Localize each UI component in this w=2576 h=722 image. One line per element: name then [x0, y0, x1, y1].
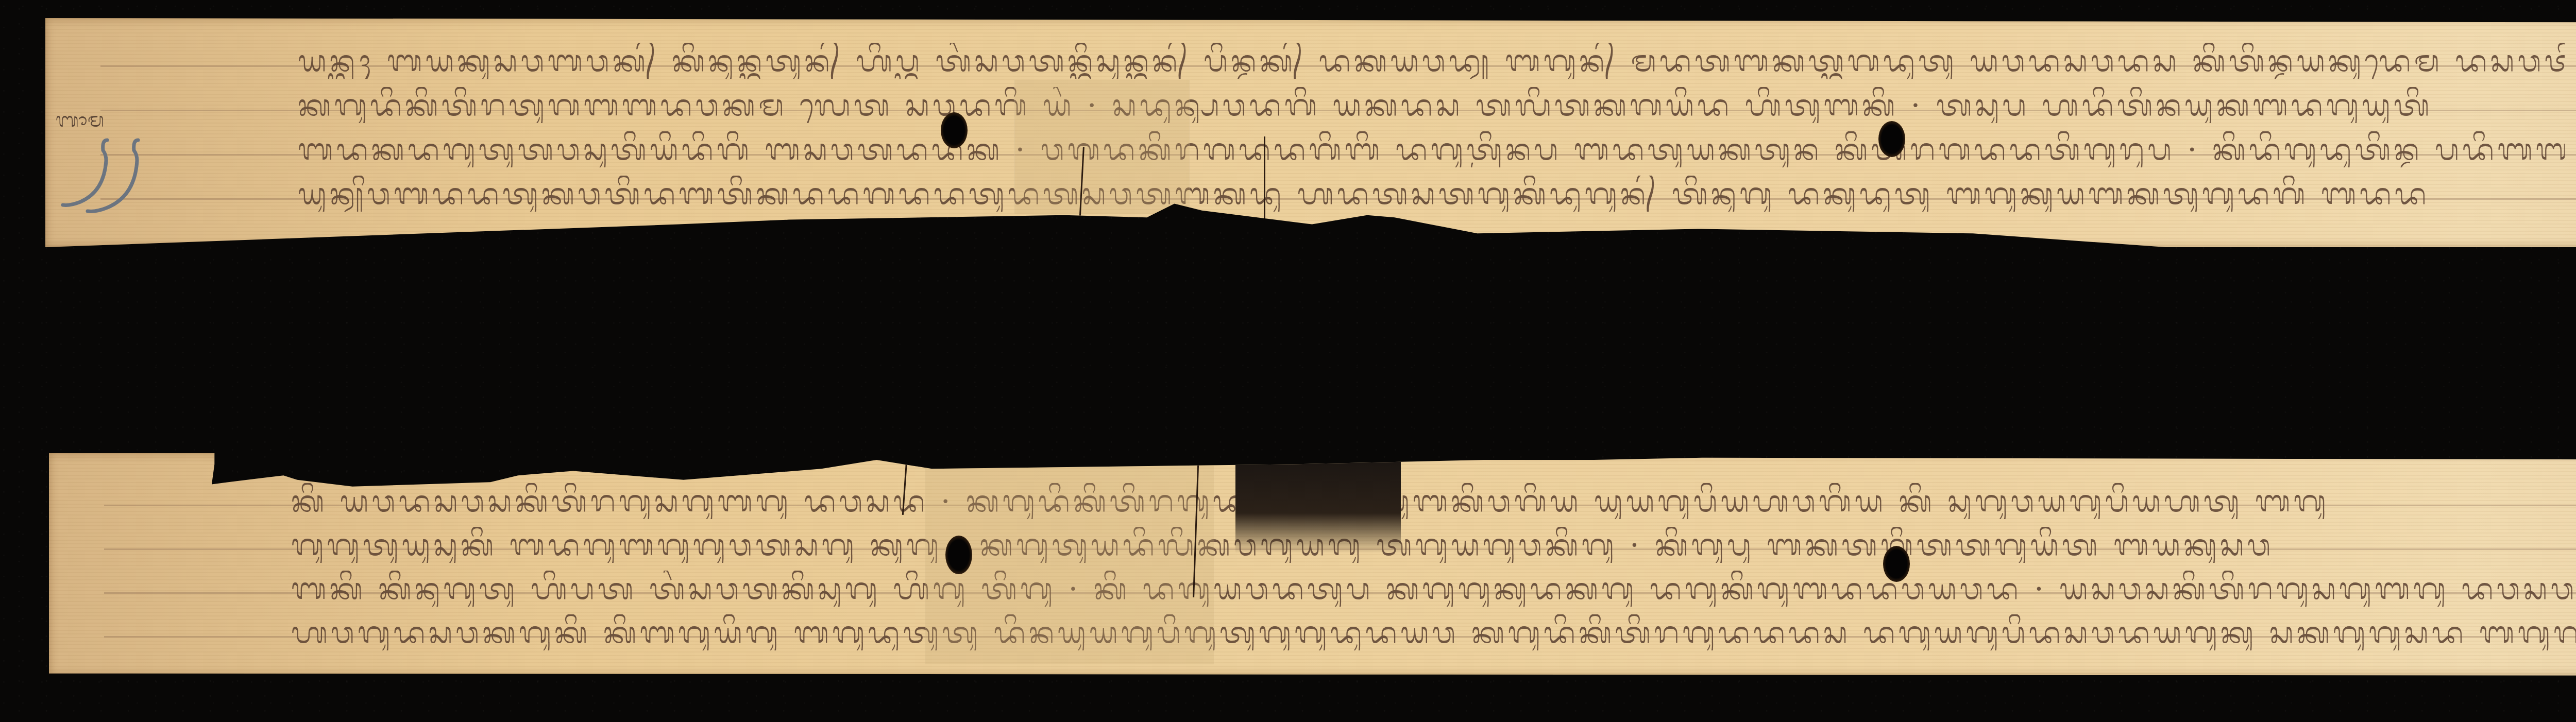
script-line-4: ᬳᬯᬕᬸᬤᬲᬯᬓᬕᬸᬓᬶ ᬓᬶᬩᬕᬸᬬᬶᬕᬸ ᬩᬕᬸᬤᬸᬢᬸᬢᬸ ᬤᬶᬦᬬᬸᬬᬕ…	[291, 614, 2576, 650]
script-line-4: ᬬᬸᬦ᭄ᬬᬶᬯᬩᬤᬤᬢᬸᬓᬯᬢᬶᬤᬩᬢᬶᬓᬤᬤᬕᬤᬤᬢᬸᬤᬢᬲᬯᬢᬩᬓᬤᬸ ᬳᬤ…	[298, 176, 2565, 212]
binding-hole-right	[1878, 121, 1905, 157]
palm-leaf-top: ᬩᬵᬫ ᬬᬦ᭄ᬮᬄ ᬩᬬᬓᬸᬲᬯᬩᬯᬓ᭄ ᬓᬶᬦᬸᬦ᭄ᬕᬸᬢᬸᬦ᭄ ᬳᬶᬧ᭄ᬢ …	[45, 18, 2576, 247]
script-line-2: ᬕᬸᬕᬸᬢᬸᬬᬸᬲᬸᬓᬶ ᬩᬤᬕᬸᬩᬕᬸᬕᬸᬯᬢᬲᬕᬸ ᬓᬸᬕᬸ · ᬓᬕᬸᬢᬸ…	[291, 527, 2576, 563]
script-line-1: ᬓᬶ ᬬᬯᬤᬲᬯᬲᬓᬶᬢᬶᬭᬕᬸᬲᬕᬸᬩᬕᬸ ᬤᬯᬲᬤ · ᬓᬕᬸᬤᬶᬓᬶᬢᬶᬭ…	[291, 483, 2576, 519]
leaf-number-numeral	[61, 134, 154, 216]
script-line-1: ᬬᬦ᭄ᬮᬄ ᬩᬬᬓᬸᬲᬯᬩᬯᬓ᭄ ᬓᬶᬦᬸᬦ᭄ᬕᬸᬢᬸᬦ᭄ ᬳᬶᬧ᭄ᬢ ᬢᬂᬲᬯ…	[298, 43, 2565, 79]
binding-hole-left	[945, 536, 972, 574]
script-line-2: ᬓᬕᬸᬤᬶᬓᬶᬢᬶᬭᬢᬸᬕᬩᬩᬤᬯᬓᬫ ᬮᬾᬢ ᬲᬯᬤᬕᬶ ᬬᬂ · ᬲᬤᬸᬦ᭄…	[298, 87, 2565, 123]
binding-hole-right	[1883, 546, 1910, 582]
script-line-3: ᬩᬓᬶ ᬓᬶᬦᬸᬕᬸᬢᬸ ᬳᬶᬧᬢ ᬢᬂᬲᬯᬢᬓᬶᬲᬸᬕᬸ ᬳᬶᬕᬸ ᬢᬶᬕᬸ …	[291, 571, 2576, 607]
palm-leaf-bottom: ᬓᬶ ᬬᬯᬤᬲᬯᬲᬓᬶᬢᬶᬭᬕᬸᬲᬕᬸᬩᬕᬸ ᬤᬯᬲᬤ · ᬓᬕᬸᬤᬶᬓᬶᬢᬶᬭ…	[49, 453, 2576, 676]
binding-hole-left	[941, 112, 968, 148]
script-line-3: ᬩᬤᬓᬤᬕᬸᬢᬸᬢᬯᬲᬸᬢᬶᬬᬶᬤᬶᬕᬶ ᬩᬲᬯᬢᬤᬤᬓ · ᬯᬕᬤᬓᬶᬭᬕᬤᬤ…	[298, 131, 2565, 167]
repair-tape	[1014, 80, 1190, 214]
